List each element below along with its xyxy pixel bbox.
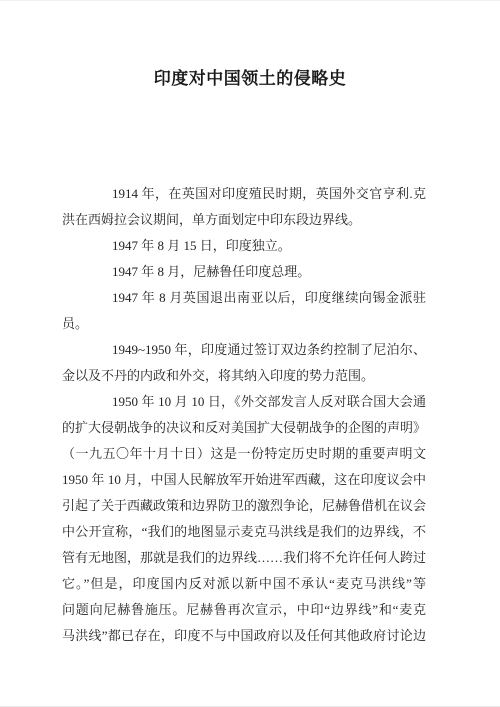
text-line: 1950 年 10 月，中国人民解放军开始进军西藏，这在印度议会中: [62, 467, 426, 493]
text-line: 1947 年 8 月英国退出南亚以后，印度继续向锡金派驻专: [62, 285, 426, 311]
document-page: 印度对中国领土的侵略史 1914 年，在英国对印度殖民时期，英国外交官亨利.克马…: [0, 0, 500, 707]
document-body: 1914 年，在英国对印度殖民时期，英国外交官亨利.克马 洪在西姆拉会议期间，单…: [62, 181, 426, 649]
text-line: （一九五〇年十月十日）这是一份特定历史时期的重要声明文件。: [62, 441, 426, 467]
text-line: 洪在西姆拉会议期间，单方面划定中印东段边界线。: [62, 207, 426, 233]
text-line: 员。: [62, 311, 426, 337]
document-title: 印度对中国领土的侵略史: [0, 65, 500, 93]
text-line: 1950 年 10 月 10 日，《外交部发言人反对联合国大会通过: [62, 389, 426, 415]
text-line: 1949~1950 年，印度通过签订双边条约控制了尼泊尔、锡: [62, 337, 426, 363]
text-line: 的扩大侵朝战争的决议和反对美国扩大侵朝战争的企图的声明》: [62, 415, 426, 441]
text-line: 引起了关于西藏政策和边界防卫的激烈争论，尼赫鲁借机在议会: [62, 493, 426, 519]
text-line: 问题向尼赫鲁施压。尼赫鲁再次宣示，中印“边界线”和“麦克: [62, 597, 426, 623]
text-line: 它。”但是，印度国内反对派以新中国不承认“麦克马洪线”等: [62, 571, 426, 597]
text-line: 1947 年 8 月 15 日，印度独立。: [62, 233, 426, 259]
text-line: 马洪线”都已存在，印度不与中国政府以及任何其他政府讨论边: [62, 623, 426, 649]
text-line: 金以及不丹的内政和外交，将其纳入印度的势力范围。: [62, 363, 426, 389]
text-line: 管有无地图，那就是我们的边界线……我们将不允许任何人跨过: [62, 545, 426, 571]
text-line: 1947 年 8 月，尼赫鲁任印度总理。: [62, 259, 426, 285]
text-line: 1914 年，在英国对印度殖民时期，英国外交官亨利.克马: [62, 181, 426, 207]
text-line: 中公开宣称，“我们的地图显示麦克马洪线是我们的边界线，不: [62, 519, 426, 545]
